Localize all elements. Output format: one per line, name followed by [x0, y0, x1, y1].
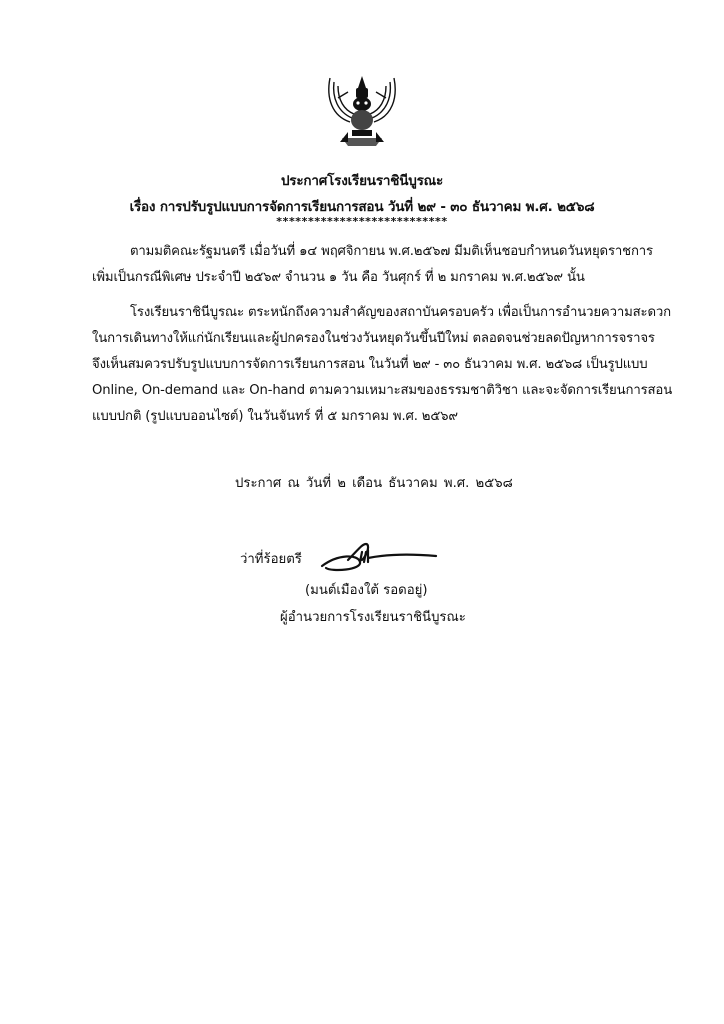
signer-position: ผู้อำนวยการโรงเรียนราชินีบูรณะ: [280, 606, 466, 627]
paragraph-2-line-2: ในการเดินทางให้แก่นักเรียนและผู้ปกครองใน…: [92, 327, 655, 348]
document-subject: เรื่อง การปรับรูปแบบการจัดการเรียนการสอน…: [0, 195, 724, 217]
paragraph-2-line-4: Online, On-demand และ On-hand ตามความเหม…: [92, 379, 672, 400]
signer-name: (มนต์เมืองใต้ รอดอยู่): [305, 579, 428, 600]
paragraph-1-line-2: เพิ่มเป็นกรณีพิเศษ ประจำปี ๒๕๖๙ จำนวน ๑ …: [92, 266, 585, 287]
document-title: ประกาศโรงเรียนราชินีบูรณะ: [0, 169, 724, 191]
announcement-date: ประกาศ ณ วันที่ ๒ เดือน ธันวาคม พ.ศ. ๒๕๖…: [235, 472, 513, 493]
paragraph-2-line-5: แบบปกติ (รูปแบบออนไซต์) ในวันจันทร์ ที่ …: [92, 405, 458, 426]
title-separator: ***************************: [0, 215, 724, 228]
signer-rank: ว่าที่ร้อยตรี: [240, 548, 302, 569]
paragraph-1-line-1: ตามมติคณะรัฐมนตรี เมื่อวันที่ ๑๔ พฤศจิกา…: [130, 240, 653, 261]
paragraph-2-line-1: โรงเรียนราชินีบูรณะ ตระหนักถึงความสำคัญข…: [130, 301, 671, 322]
handwritten-signature-icon: [318, 540, 438, 574]
garuda-emblem-icon: [318, 68, 406, 156]
paragraph-2-line-3: จึงเห็นสมควรปรับรูปแบบการจัดการเรียนการส…: [92, 353, 648, 374]
